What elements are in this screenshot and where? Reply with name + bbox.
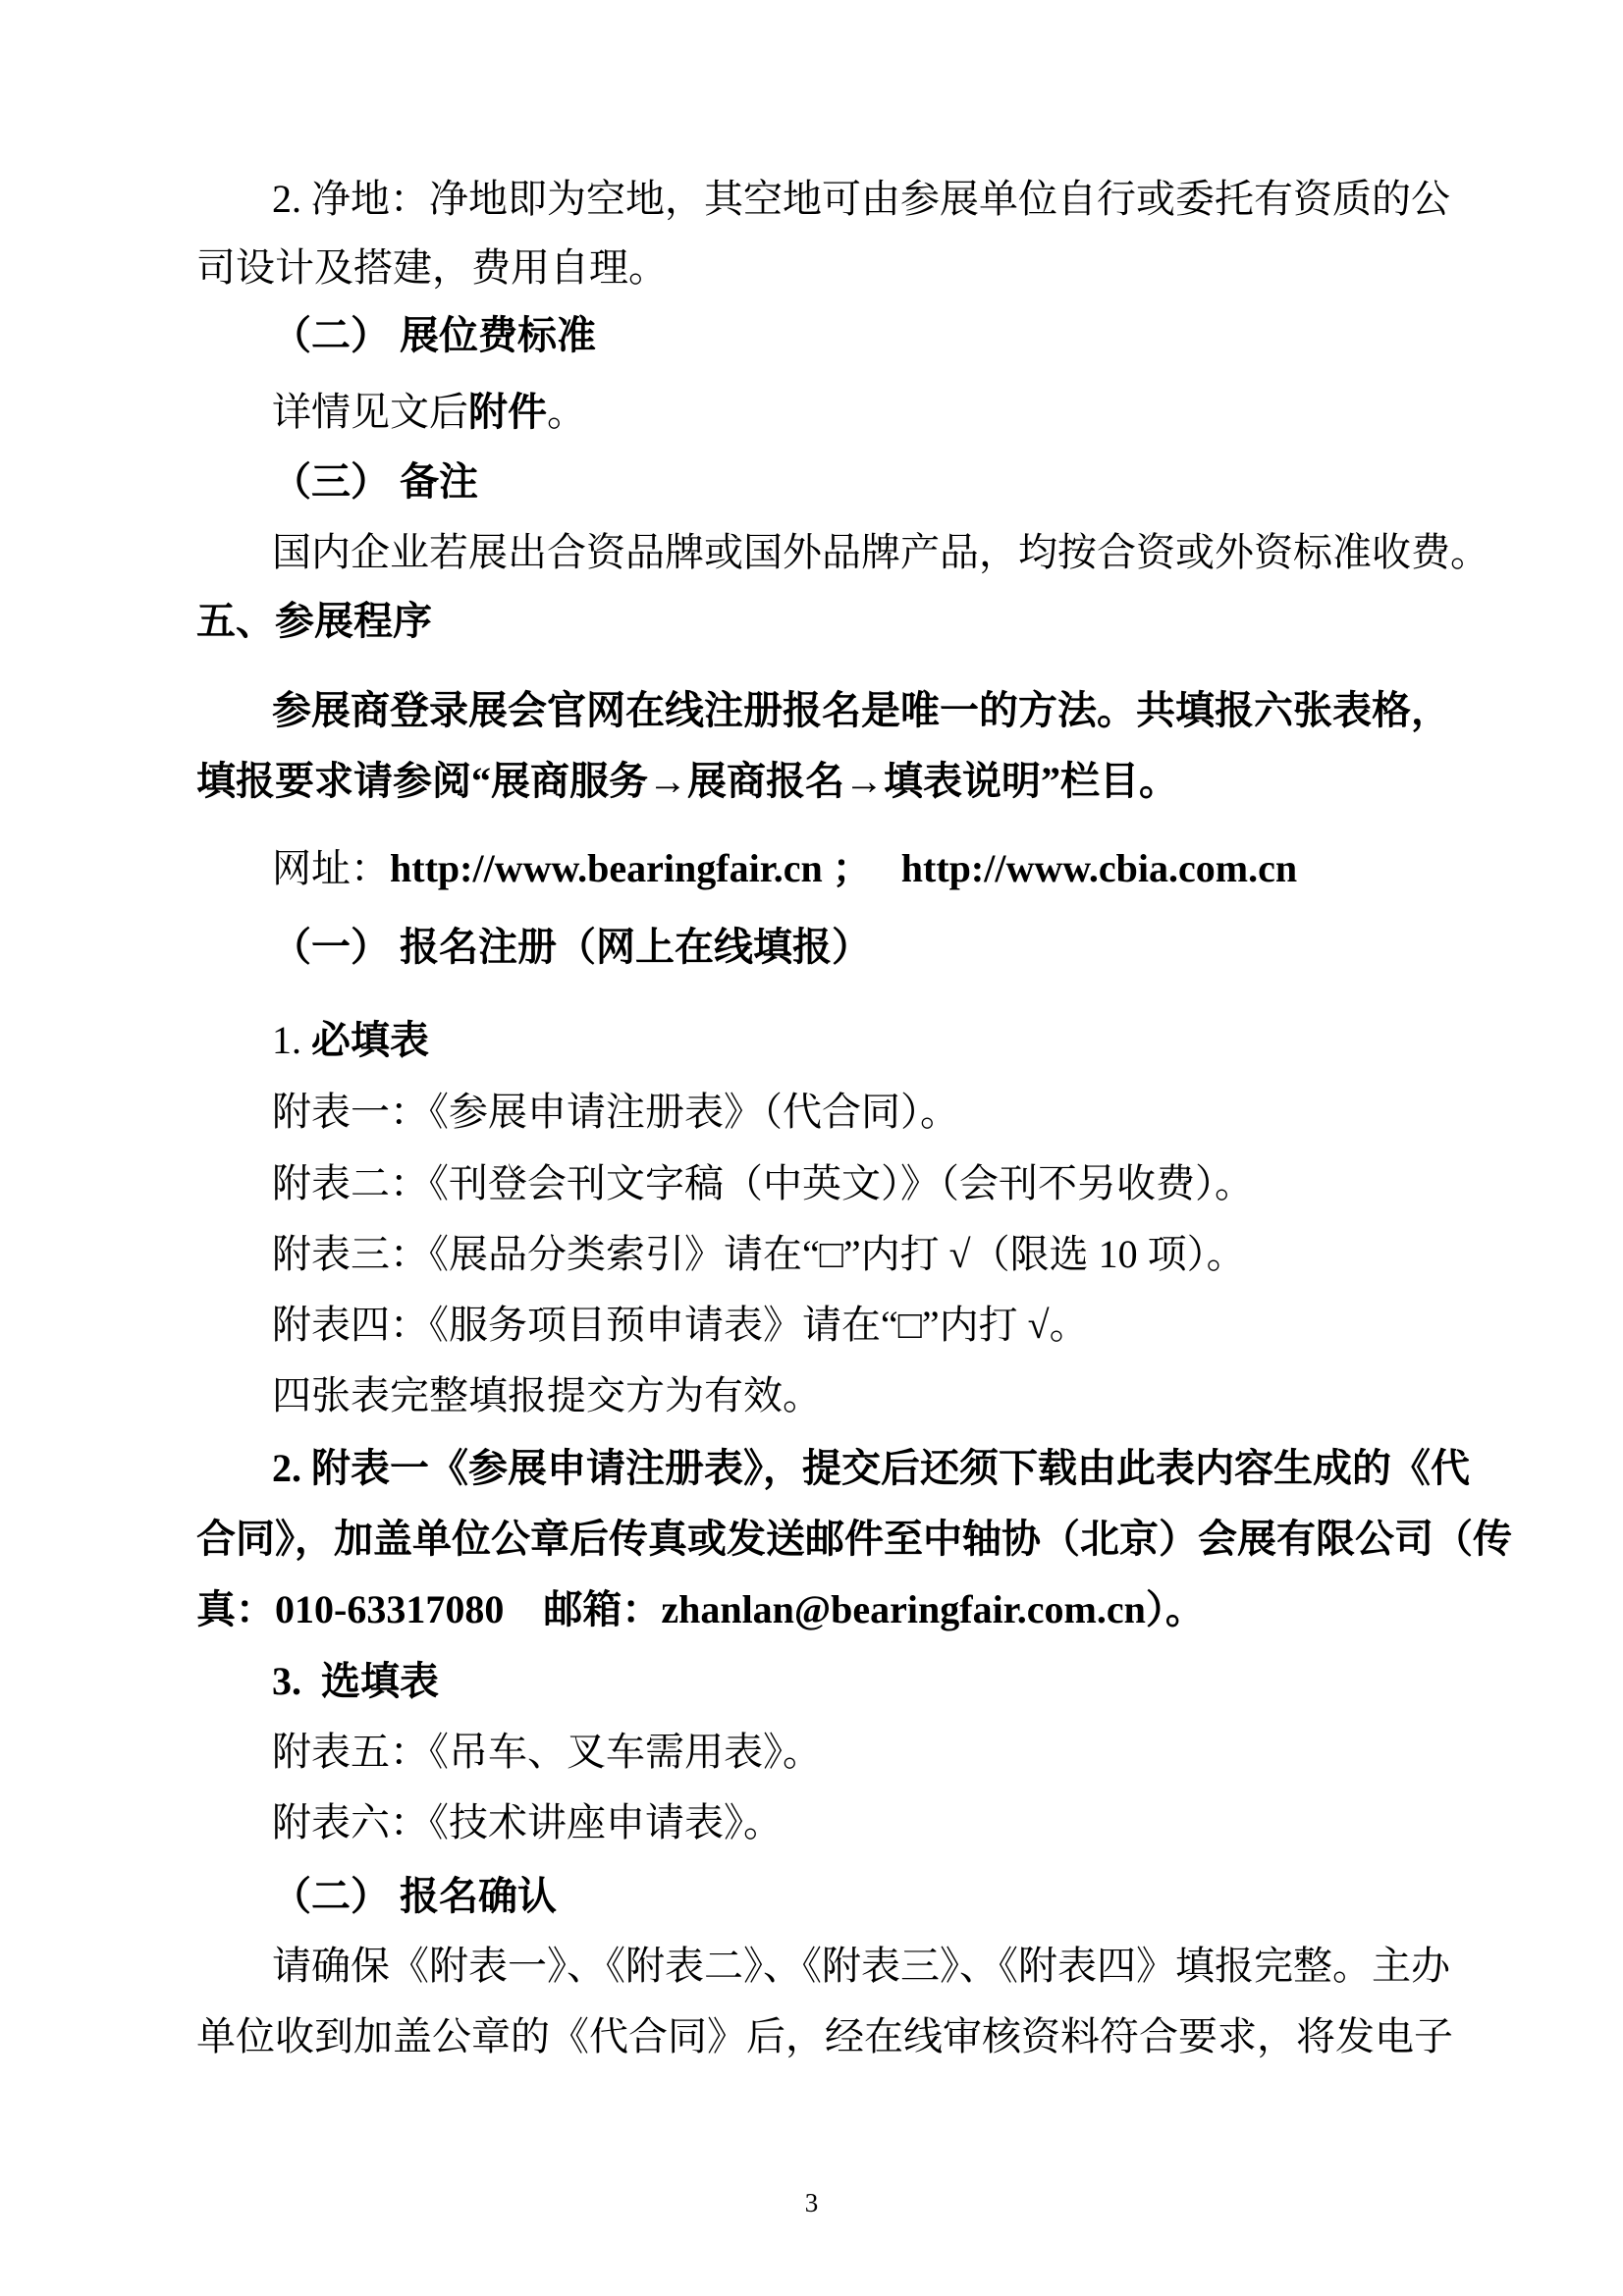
paragraph-line-confirmation-body-cont: 单位收到加盖公章的《代合同》后，经在线审核资料符合要求，将发电子 <box>196 2002 1463 2072</box>
line-text: 附表四：《服务项目预申请表》请在“□”内打 √。 <box>272 1303 1089 1347</box>
heading-booth-fee-standard: （二） 展位费标准 <box>196 300 1463 371</box>
line-text: 附表三：《展品分类索引》请在“□”内打 √（限选 10 项）。 <box>272 1232 1246 1276</box>
list-item-form-5: 附表五：《吊车、叉车需用表》。 <box>196 1717 1463 1788</box>
heading-optional-forms: 3. 选填表 <box>196 1646 1463 1717</box>
paragraph-line-website: 网址：http://www.bearingfair.cn ； http://ww… <box>196 833 1463 904</box>
paragraph-line-contract-step: 2. 附表一《参展申请注册表》，提交后还须下载由此表内容生成的《代 <box>196 1433 1463 1504</box>
line-text: 。 <box>547 390 586 434</box>
line-text: 合同》，加盖单位公章后传真或发送邮件至中轴协（北京）会展有限公司（传 <box>196 1517 1512 1561</box>
heading-remarks: （三） 备注 <box>196 447 1463 517</box>
line-text: 参展商登录展会官网在线注册报名是唯一的方法。共填报六张表格， <box>272 688 1450 732</box>
list-item-form-4: 附表四：《服务项目预申请表》请在“□”内打 √。 <box>196 1290 1463 1361</box>
heading-number: 1. <box>272 1018 311 1062</box>
line-text: 四张表完整填报提交方为有效。 <box>272 1373 822 1417</box>
heading-required-forms: 1. 必填表 <box>196 1005 1463 1076</box>
website-urls: http://www.bearingfair.cn ； http://www.c… <box>390 846 1297 890</box>
line-text: 真：010-63317080 邮箱：zhanlan@bearingfair.co… <box>196 1587 1205 1631</box>
paragraph-line-fee-details: 详情见文后附件。 <box>196 377 1463 448</box>
heading-section-5-procedure: 五、参展程序 <box>196 586 1463 657</box>
paragraph-line-registration-method-cont: 填报要求请参阅“展商服务→展商报名→填表说明”栏目。 <box>196 746 1463 817</box>
attachment-emphasis: 附件 <box>468 390 547 434</box>
page-number: 3 <box>0 2183 1623 2222</box>
paragraph-line-net-land: 2. 净地：净地即为空地，其空地可由参展单位自行或委托有资质的公 <box>196 164 1463 235</box>
paragraph-line-registration-method: 参展商登录展会官网在线注册报名是唯一的方法。共填报六张表格， <box>196 675 1463 746</box>
heading-text: （二） 展位费标准 <box>272 313 596 357</box>
paragraph-line-net-land-cont: 司设计及搭建，费用自理。 <box>196 233 1463 303</box>
list-item-form-1: 附表一：《参展申请注册表》（代合同）。 <box>196 1077 1463 1148</box>
line-text: 详情见文后 <box>272 390 468 434</box>
heading-registration-online: （一） 报名注册（网上在线填报） <box>196 912 1463 983</box>
heading-text: （二） 报名确认 <box>272 1874 557 1918</box>
heading-registration-confirmation: （二） 报名确认 <box>196 1861 1463 1932</box>
list-item-form-6: 附表六：《技术讲座申请表》。 <box>196 1788 1463 1858</box>
line-text: 附表六：《技术讲座申请表》。 <box>272 1800 783 1844</box>
heading-text: （一） 报名注册（网上在线填报） <box>272 925 871 969</box>
line-text: 国内企业若展出合资品牌或国外品牌产品，均按合资或外资标准收费。 <box>272 530 1489 574</box>
website-label: 网址： <box>272 846 390 890</box>
list-item-form-2: 附表二：《刊登会刊文字稿（中英文）》（会刊不另收费）。 <box>196 1148 1463 1219</box>
paragraph-line-remarks-body: 国内企业若展出合资品牌或国外品牌产品，均按合资或外资标准收费。 <box>196 517 1463 588</box>
line-text: 2. 净地：净地即为空地，其空地可由参展单位自行或委托有资质的公 <box>272 177 1450 221</box>
document-page: 2. 净地：净地即为空地，其空地可由参展单位自行或委托有资质的公 司设计及搭建，… <box>0 0 1623 2296</box>
paragraph-line-confirmation-body: 请确保《附表一》、《附表二》、《附表三》、《附表四》填报完整。主办 <box>196 1931 1463 2002</box>
paragraph-line-contract-contact: 真：010-63317080 邮箱：zhanlan@bearingfair.co… <box>196 1575 1463 1645</box>
heading-text: 必填表 <box>311 1018 429 1062</box>
line-text: 请确保《附表一》、《附表二》、《附表三》、《附表四》填报完整。主办 <box>272 1944 1450 1988</box>
line-text: 附表一：《参展申请注册表》（代合同）。 <box>272 1090 959 1134</box>
paragraph-line-four-forms-validity: 四张表完整填报提交方为有效。 <box>196 1361 1463 1431</box>
heading-text: 3. 选填表 <box>272 1659 439 1703</box>
line-text: 单位收到加盖公章的《代合同》后，经在线审核资料符合要求，将发电子 <box>196 2014 1453 2058</box>
list-item-form-3: 附表三：《展品分类索引》请在“□”内打 √（限选 10 项）。 <box>196 1219 1463 1290</box>
line-text: 2. 附表一《参展申请注册表》，提交后还须下载由此表内容生成的《代 <box>272 1446 1470 1490</box>
line-text: 附表二：《刊登会刊文字稿（中英文）》（会刊不另收费）。 <box>272 1161 1254 1205</box>
heading-text: 五、参展程序 <box>196 599 432 643</box>
line-text: 司设计及搭建，费用自理。 <box>196 245 668 290</box>
line-text: 填报要求请参阅“展商服务→展商报名→填表说明”栏目。 <box>196 759 1178 803</box>
line-text: 附表五：《吊车、叉车需用表》。 <box>272 1730 822 1774</box>
paragraph-line-contract-step-cont: 合同》，加盖单位公章后传真或发送邮件至中轴协（北京）会展有限公司（传 <box>196 1504 1463 1575</box>
heading-text: （三） 备注 <box>272 459 478 504</box>
